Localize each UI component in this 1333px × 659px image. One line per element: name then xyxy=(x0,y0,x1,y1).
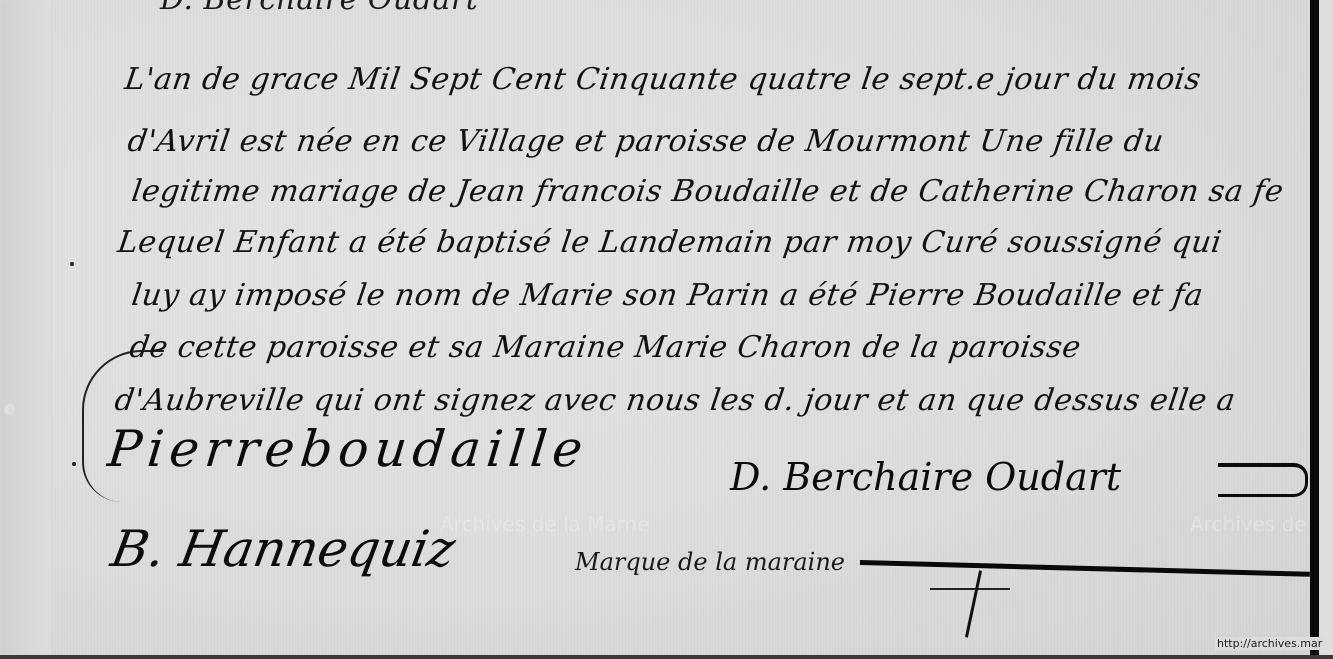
archive-watermark-right: Archives de xyxy=(1190,512,1307,536)
source-url-label[interactable]: http://archives.mar xyxy=(1215,637,1324,650)
margin-ink-dot xyxy=(70,262,74,266)
witness-signature: B. Hannequiz xyxy=(107,520,460,578)
godmother-mark-cross-horizontal xyxy=(930,588,1010,590)
record-line-3: legitime mariage de Jean francois Boudai… xyxy=(130,174,1286,209)
viewer-right-margin xyxy=(1319,0,1333,659)
priest-signature: D. Berchaire Oudart xyxy=(730,455,1121,499)
record-line-7: d'Aubreville qui ont signez avec nous le… xyxy=(113,383,1238,418)
record-line-4: Lequel Enfant a été baptisé le Landemain… xyxy=(116,225,1225,260)
ghost-watermark-letter: e xyxy=(4,398,15,419)
archive-watermark: Archives de la Marne xyxy=(440,512,650,536)
previous-page-blurred-edge: e xyxy=(0,0,52,655)
archive-image-viewer[interactable]: e D. Berchaire Oudart L'an de grace Mil … xyxy=(0,0,1333,659)
godmother-mark-label: Marque de la maraine xyxy=(575,548,845,576)
record-line-6: de cette paroisse et sa Maraine Marie Ch… xyxy=(128,330,1084,365)
page-right-edge-shadow xyxy=(1310,0,1319,659)
viewer-bottom-border xyxy=(0,655,1333,659)
priest-signature-flourish xyxy=(1218,463,1308,497)
record-line-1: L'an de grace Mil Sept Cent Cinquante qu… xyxy=(123,62,1204,97)
godfather-signature: Pierreboudaille xyxy=(105,420,591,478)
previous-entry-signature-cut: D. Berchaire Oudart xyxy=(160,0,478,17)
record-line-2: d'Avril est née en ce Village et paroiss… xyxy=(126,124,1166,159)
record-line-5: luy ay imposé le nom de Marie son Parin … xyxy=(130,278,1206,313)
margin-ink-dot xyxy=(72,462,76,466)
